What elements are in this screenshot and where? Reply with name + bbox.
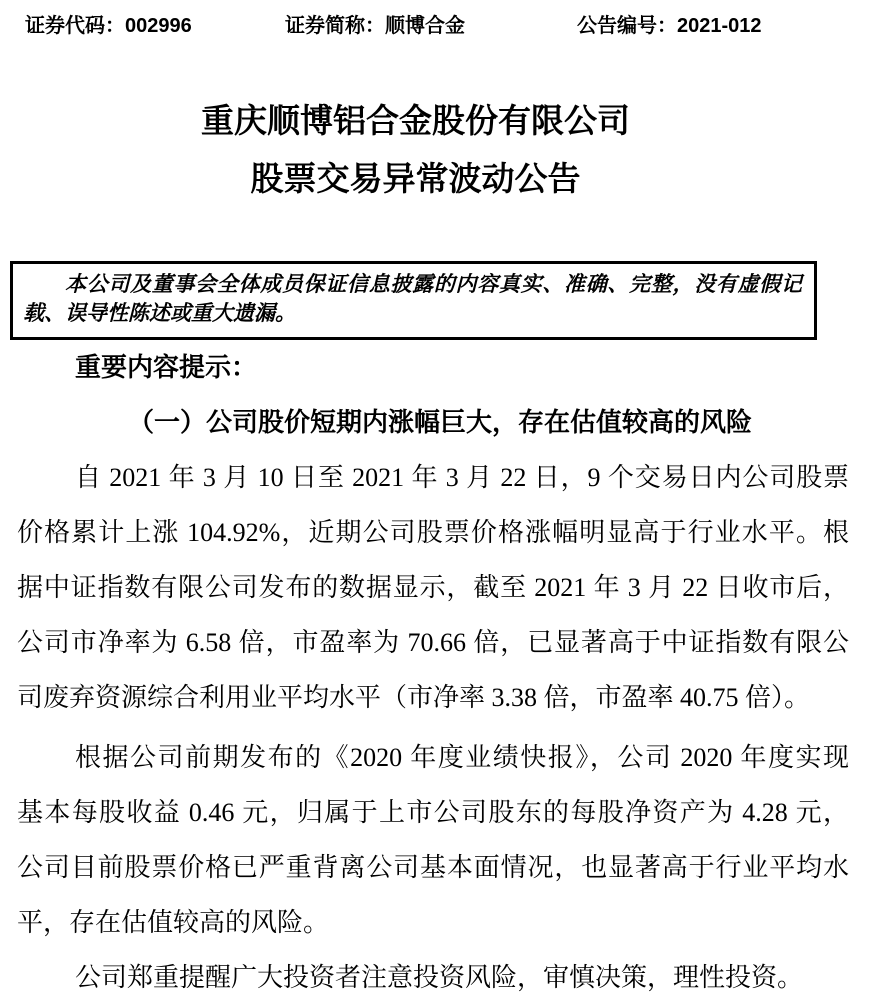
- paragraph-line: 据中证指数有限公司发布的数据显示，截至 2021 年 3 月 22 日收市后，: [17, 560, 849, 615]
- paragraph-line: 根据公司前期发布的《2020 年度业绩快报》，公司 2020 年度实现: [17, 730, 849, 785]
- document-title: 重庆顺博铝合金股份有限公司 股票交易异常波动公告: [0, 92, 873, 208]
- section-one-heading: （一）公司股价短期内涨幅巨大，存在估值较高的风险: [17, 395, 849, 450]
- paragraph: 公司郑重提醒广大投资者注意投资风险，审慎决策，理性投资。: [17, 950, 849, 1002]
- paragraph-line: 自 2021 年 3 月 10 日至 2021 年 3 月 22 日，9 个交易…: [17, 450, 849, 505]
- disclaimer-line: 本公司及董事会全体成员保证信息披露的内容真实、准确、完整，没有虚假记: [23, 270, 802, 299]
- paragraph-line: 平，存在估值较高的风险。: [17, 895, 849, 950]
- paragraph-line: 公司目前股票价格已严重背离公司基本面情况，也显著高于行业平均水: [17, 840, 849, 895]
- announcement-page: 证券代码：002996 证券简称：顺博合金 公告编号：2021-012 重庆顺博…: [0, 0, 873, 1002]
- title-line-company: 重庆顺博铝合金股份有限公司: [0, 92, 831, 150]
- paragraph: 自 2021 年 3 月 10 日至 2021 年 3 月 22 日，9 个交易…: [17, 450, 849, 725]
- announcement-number-label: 公告编号：2021-012: [577, 14, 762, 38]
- disclaimer-box: 本公司及董事会全体成员保证信息披露的内容真实、准确、完整，没有虚假记 载、误导性…: [10, 261, 817, 340]
- document-body: 重要内容提示： （一）公司股价短期内涨幅巨大，存在估值较高的风险 自 2021 …: [0, 340, 873, 1002]
- paragraph-line: 基本每股收益 0.46 元，归属于上市公司股东的每股净资产为 4.28 元，: [17, 785, 849, 840]
- document-header: 证券代码：002996 证券简称：顺博合金 公告编号：2021-012: [0, 0, 873, 38]
- paragraph: 根据公司前期发布的《2020 年度业绩快报》，公司 2020 年度实现基本每股收…: [17, 730, 849, 950]
- paragraph-line: 公司郑重提醒广大投资者注意投资风险，审慎决策，理性投资。: [17, 950, 849, 1002]
- stock-code-label: 证券代码：002996: [25, 14, 192, 38]
- paragraph-line: 价格累计上涨 104.92%，近期公司股票价格涨幅明显高于行业水平。根: [17, 505, 849, 560]
- title-line-subject: 股票交易异常波动公告: [0, 150, 831, 208]
- disclaimer-line: 载、误导性陈述或重大遗漏。: [23, 299, 802, 328]
- body-paragraphs: 自 2021 年 3 月 10 日至 2021 年 3 月 22 日，9 个交易…: [17, 450, 849, 1002]
- paragraph-line: 司废弃资源综合利用业平均水平（市净率 3.38 倍，市盈率 40.75 倍）。: [17, 670, 849, 725]
- paragraph-line: 公司市净率为 6.58 倍，市盈率为 70.66 倍，已显著高于中证指数有限公: [17, 615, 849, 670]
- important-notice-heading: 重要内容提示：: [17, 340, 849, 395]
- stock-name-label: 证券简称：顺博合金: [285, 14, 465, 38]
